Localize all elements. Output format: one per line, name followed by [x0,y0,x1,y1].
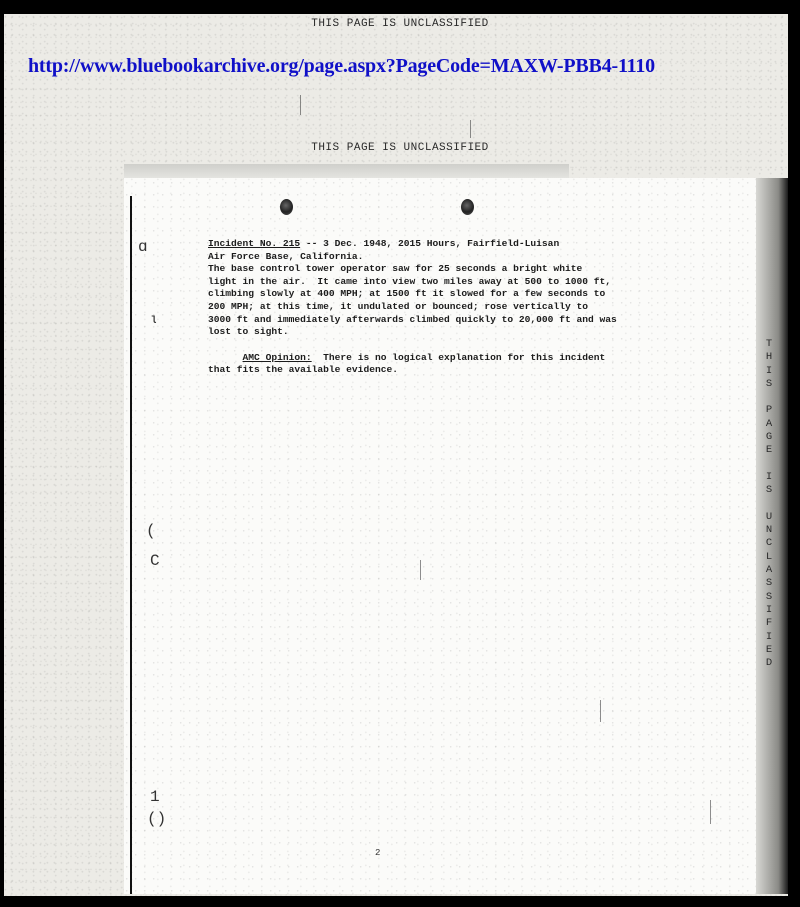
punch-hole-icon [280,199,293,215]
classification-banner-top: THIS PAGE IS UNCLASSIFIED [0,18,800,30]
opinion-line: There is no logical explanation for this… [312,352,606,363]
incident-line: Air Force Base, California. [208,251,363,262]
margin-rule [130,196,132,894]
classification-stamp-vertical: T H I S P A G E I S U N C L A S S I F I … [762,338,776,670]
incident-line: light in the air. It came into view two … [208,276,611,287]
margin-mark: C [150,552,160,570]
margin-mark: ( [146,522,156,540]
scan-artifact [600,700,601,722]
scan-artifact [420,560,421,580]
page-number: 2 [375,848,380,858]
opinion-line: that fits the available evidence. [208,364,398,375]
scan-artifact [710,800,711,824]
incident-line: lost to sight. [208,326,289,337]
margin-mark: ɑ [138,238,148,256]
scan-artifact [470,120,471,138]
scan-artifact [300,95,301,115]
incident-line: 3000 ft and immediately afterwards climb… [208,314,617,325]
incident-line: 200 MPH; at this time, it undulated or b… [208,301,588,312]
archive-url-link[interactable]: http://www.bluebookarchive.org/page.aspx… [28,55,655,78]
incident-number: Incident No. 215 [208,238,300,249]
classification-banner-secondary: THIS PAGE IS UNCLASSIFIED [0,142,800,154]
margin-mark: ɩ [150,312,158,328]
margin-mark: 1 [150,788,160,806]
opinion-label: AMC Opinion: [243,352,312,363]
amc-opinion: AMC Opinion: There is no logical explana… [208,352,628,377]
margin-mark: () [147,810,166,828]
incident-line: climbing slowly at 400 MPH; at 1500 ft i… [208,288,605,299]
incident-report: Incident No. 215 -- 3 Dec. 1948, 2015 Ho… [208,238,628,377]
incident-heading: -- 3 Dec. 1948, 2015 Hours, Fairfield-Lu… [300,238,559,249]
incident-line: The base control tower operator saw for … [208,263,582,274]
punch-hole-icon [461,199,474,215]
scan-shadow-band [124,164,569,178]
